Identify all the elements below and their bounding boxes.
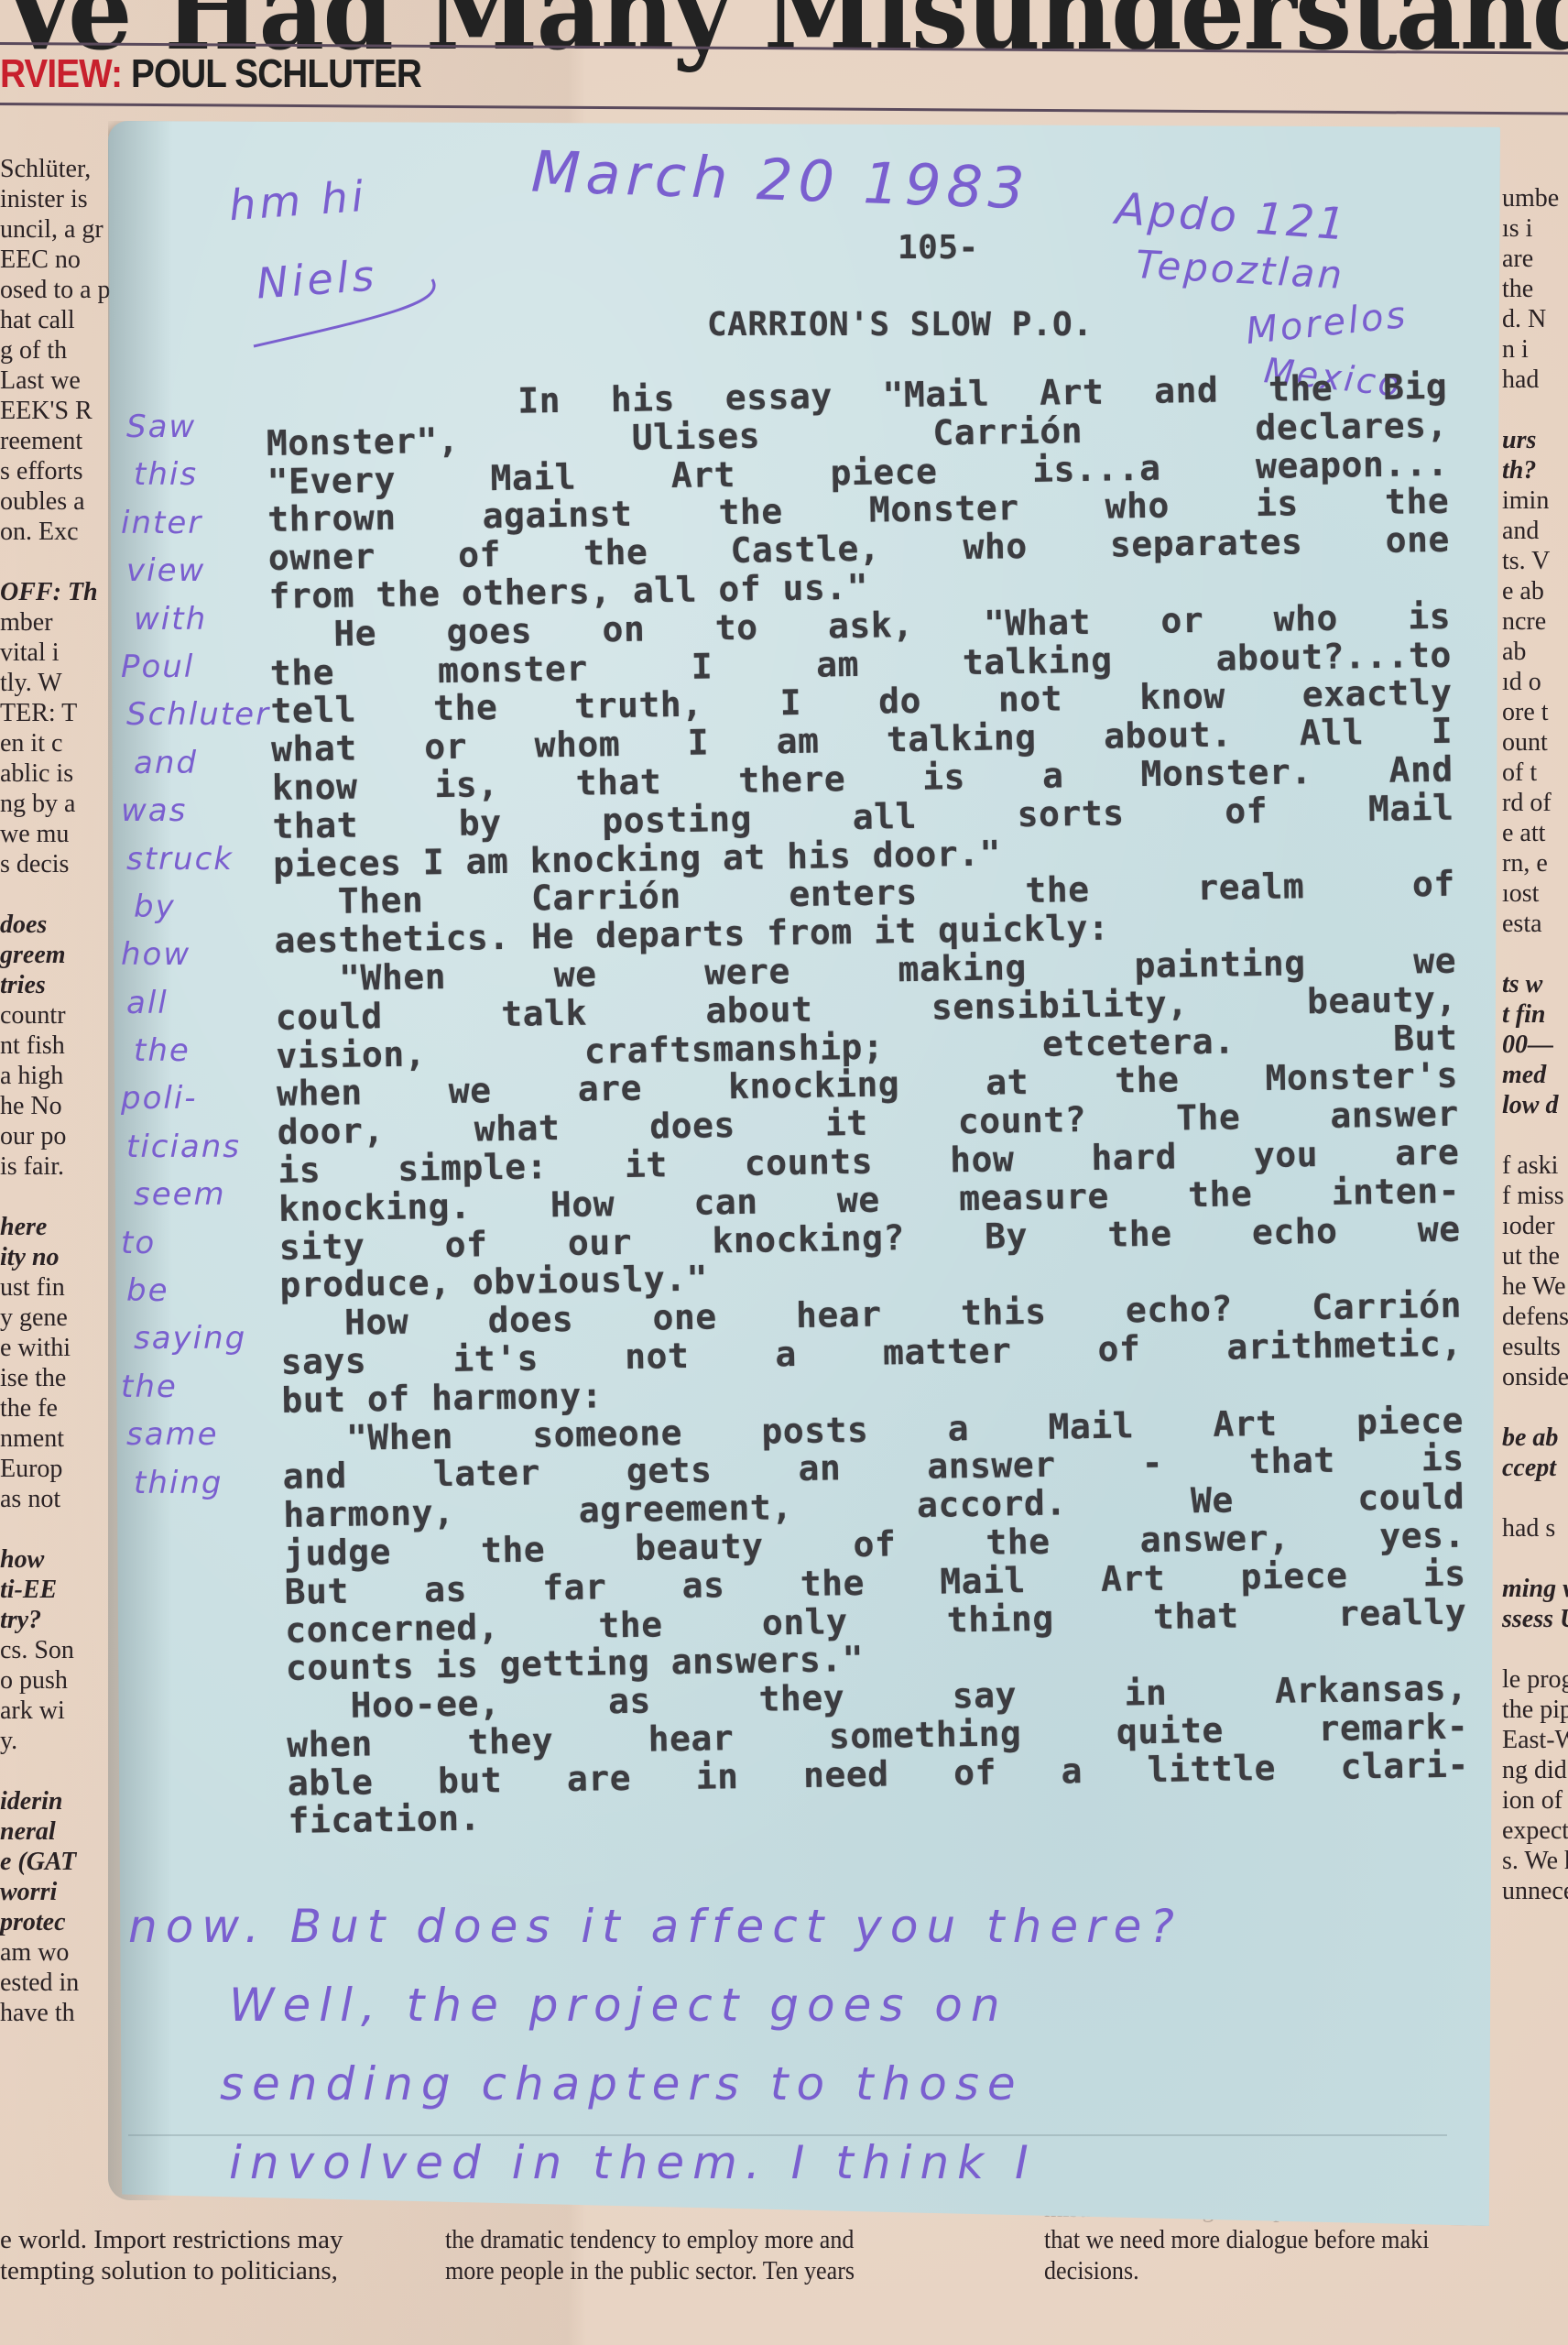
newspaper-line: urs <box>1502 425 1568 455</box>
newspaper-line: le progr <box>1502 1664 1568 1695</box>
handwritten-footer-line: Well, the project goes on <box>128 1966 1319 2045</box>
newspaper-line: onside <box>1502 1362 1568 1392</box>
newspaper-line: th? <box>1502 455 1568 485</box>
handwritten-margin-word: Poul <box>121 643 267 691</box>
handwritten-margin-word: view <box>121 547 267 594</box>
article-title: CARRION'S SLOW P.O. <box>707 306 1093 344</box>
newspaper-line: rn, e <box>1502 848 1568 878</box>
handwritten-margin-word: how <box>121 931 267 978</box>
newspaper-line: imin <box>1502 485 1568 516</box>
handwritten-margin-word: to <box>121 1219 267 1267</box>
newspaper-line: esta <box>1502 909 1568 939</box>
newspaper-line: ıost <box>1502 878 1568 909</box>
newspaper-line: ıoder <box>1502 1211 1568 1241</box>
newspaper-line <box>1502 1543 1568 1574</box>
newspaper-line: d. N <box>1502 304 1568 334</box>
handwritten-margin-word: the <box>121 1027 267 1074</box>
newspaper-line: had <box>1502 365 1568 395</box>
newspaper-line: med <box>1502 1060 1568 1090</box>
newspaper-line: ount <box>1502 727 1568 758</box>
newspaper-line: ut the <box>1502 1241 1568 1271</box>
handwritten-margin-word: by <box>121 883 267 931</box>
newspaper-bottom-middle: the dramatic tendency to employ more and… <box>445 2224 956 2286</box>
newspaper-line: he We <box>1502 1271 1568 1302</box>
newspaper-line: unnecessa <box>1502 1876 1568 1906</box>
handwritten-margin-word: same <box>121 1411 267 1458</box>
newspaper-line: e att <box>1502 818 1568 848</box>
newspaper-line: ıd o <box>1502 667 1568 697</box>
handwritten-margin-word: inter <box>121 499 267 547</box>
newspaper-line: e world. Import restrictions may <box>0 2224 412 2255</box>
newspaper-line: ccept <box>1502 1453 1568 1483</box>
newspaper-line: ts w <box>1502 969 1568 999</box>
newspaper-line: n i <box>1502 334 1568 365</box>
newspaper-line <box>1502 1483 1568 1513</box>
page-number: 105- <box>898 229 979 267</box>
handwritten-margin-word: with <box>121 595 267 643</box>
newspaper-line: esults <box>1502 1332 1568 1362</box>
handwritten-footer-note: now. But does it affect you there? Well,… <box>128 1887 1319 2202</box>
handwritten-margin-word: ticians <box>121 1123 267 1171</box>
newspaper-line: ion of f <box>1502 1785 1568 1816</box>
newspaper-line: ıs i <box>1502 213 1568 244</box>
newspaper-line: ts. V <box>1502 546 1568 576</box>
newspaper-line: East-W <box>1502 1725 1568 1755</box>
newspaper-line: the dramatic tendency to employ more and <box>445 2224 956 2255</box>
newspaper-bottom-left: e world. Import restrictions may temptin… <box>0 2224 412 2286</box>
handwritten-footer-line: now. But does it affect you there? <box>128 1887 1319 1966</box>
newspaper-line: the <box>1502 274 1568 304</box>
handwritten-margin-word: Schluter <box>121 691 267 738</box>
newspaper-line: s. We ha <box>1502 1846 1568 1876</box>
handwritten-margin-note: SawthisinterviewwithPoulSchluterandwasst… <box>121 403 267 1507</box>
newspaper-line: ming v <box>1502 1574 1568 1604</box>
newspaper-line: expected <box>1502 1816 1568 1846</box>
newspaper-line: be ab <box>1502 1423 1568 1453</box>
handwritten-margin-word: all <box>121 979 267 1027</box>
handwritten-margin-word: seem <box>121 1171 267 1218</box>
handwritten-footer-line: sending chapters to those <box>128 2045 1319 2123</box>
newspaper-line: tempting solution to politicians, <box>0 2255 412 2286</box>
newspaper-line: f miss <box>1502 1181 1568 1211</box>
handwritten-margin-word: the <box>121 1363 267 1411</box>
newspaper-line: had s <box>1502 1513 1568 1543</box>
handwritten-margin-word: saying <box>121 1314 267 1362</box>
newspaper-line: umbe <box>1502 183 1568 213</box>
handwritten-margin-word: this <box>121 451 267 498</box>
newspaper-line: and <box>1502 516 1568 546</box>
newspaper-line: more people in the public sector. Ten ye… <box>445 2255 956 2286</box>
newspaper-line: the pipe <box>1502 1695 1568 1725</box>
handwritten-margin-word: struck <box>121 835 267 883</box>
newspaper-line: defens <box>1502 1302 1568 1332</box>
newspaper-line: ore t <box>1502 697 1568 727</box>
handwritten-underline-stroke <box>249 275 441 348</box>
newspaper-line: t fin <box>1502 999 1568 1030</box>
newspaper-kicker: RVIEW: POUL SCHLUTER <box>0 51 421 97</box>
kicker-subject: POUL SCHLUTER <box>131 51 421 96</box>
newspaper-line: ng did <box>1502 1755 1568 1785</box>
typed-body: In his essay "Mail Art and the BigMonste… <box>266 368 1470 1841</box>
newspaper-right-column: umbeıs iarethed. Nn ihadursth?iminandts.… <box>1502 183 1568 1906</box>
newspaper-line: ab <box>1502 637 1568 667</box>
newspaper-line: that we need more dialogue before maki <box>1044 2224 1539 2255</box>
newspaper-line: low d <box>1502 1090 1568 1120</box>
newspaper-line: rd of <box>1502 788 1568 818</box>
newspaper-line <box>1502 1392 1568 1423</box>
handwritten-margin-word: Saw <box>121 403 267 451</box>
kicker-label: RVIEW: <box>0 51 122 96</box>
newspaper-line <box>1502 1120 1568 1151</box>
newspaper-rule-bottom <box>0 103 1568 115</box>
handwritten-margin-word: be <box>121 1267 267 1314</box>
handwritten-salutation-line1: hm hi <box>227 171 368 230</box>
newspaper-line: ncre <box>1502 606 1568 637</box>
newspaper-line <box>1502 395 1568 425</box>
handwritten-margin-word: and <box>121 739 267 787</box>
newspaper-line: of t <box>1502 758 1568 788</box>
handwritten-footer-line: involved in them. I think I <box>128 2123 1319 2202</box>
handwritten-margin-word: thing <box>121 1459 267 1507</box>
newspaper-line: e ab <box>1502 576 1568 606</box>
newspaper-line: 00— <box>1502 1030 1568 1060</box>
handwritten-margin-word: poli- <box>121 1074 267 1122</box>
newspaper-line: f aski <box>1502 1151 1568 1181</box>
newspaper-line: ssess U <box>1502 1604 1568 1634</box>
handwritten-margin-word: was <box>121 787 267 834</box>
newspaper-line <box>1502 939 1568 969</box>
newspaper-line: decisions. <box>1044 2255 1539 2286</box>
newspaper-line: are <box>1502 244 1568 274</box>
newspaper-line <box>1502 1634 1568 1664</box>
